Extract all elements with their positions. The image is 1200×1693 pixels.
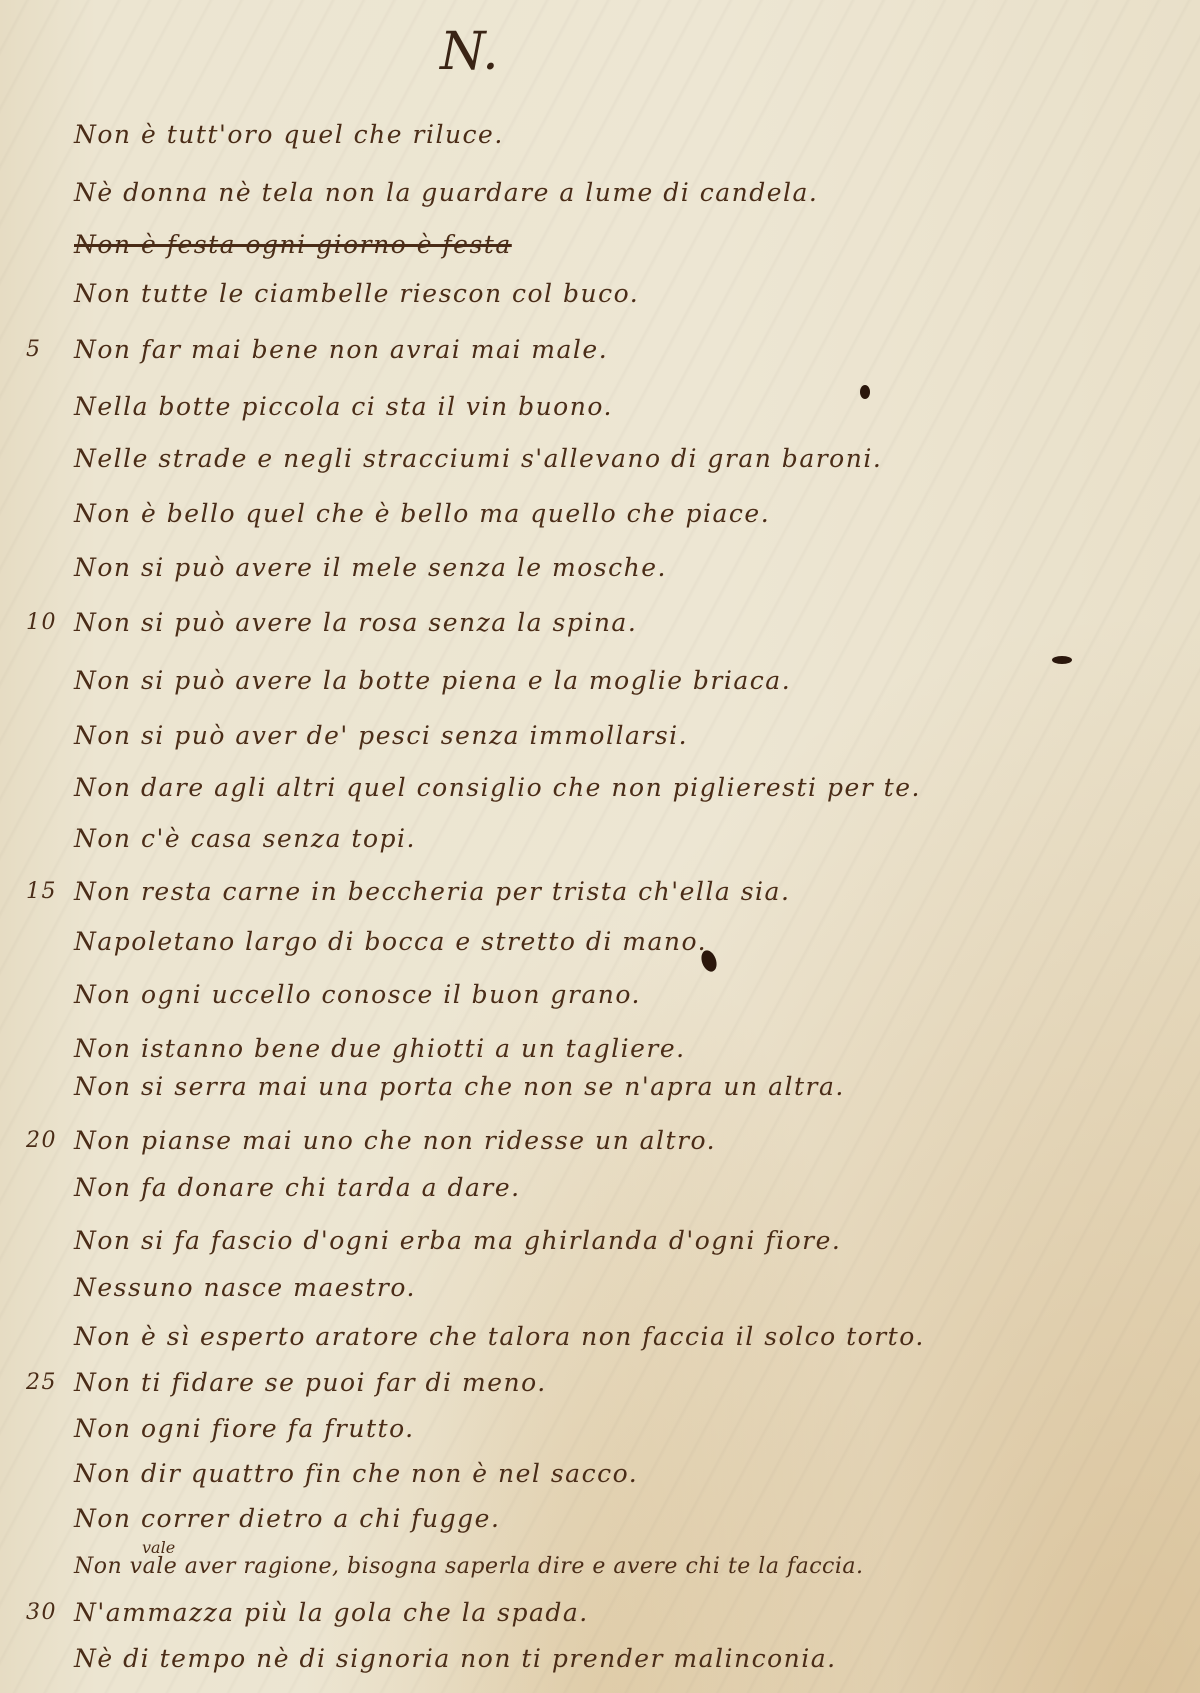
- line-number: 25: [26, 1370, 57, 1395]
- proverb-text: Non si può avere la botte piena e la mog…: [74, 666, 791, 695]
- proverb-line: Non istanno bene due ghiotti a un taglie…: [0, 1032, 1200, 1072]
- proverb-line: 25Non ti fidare se puoi far di meno.: [0, 1366, 1200, 1406]
- proverb-text: Non si fa fascio d'ogni erba ma ghirland…: [74, 1226, 841, 1255]
- proverb-text: Nè donna nè tela non la guardare a lume …: [74, 178, 818, 207]
- proverb-line: Non è tutt'oro quel che riluce.: [0, 118, 1200, 158]
- proverb-text: Non si può aver de' pesci senza immollar…: [74, 721, 688, 750]
- proverb-line: Nè di tempo nè di signoria non ti prende…: [0, 1642, 1200, 1682]
- proverb-line: Non si serra mai una porta che non se n'…: [0, 1070, 1200, 1110]
- proverb-text: Non pianse mai uno che non ridesse un al…: [74, 1126, 716, 1155]
- manuscript-page: N. Non è tutt'oro quel che riluce. Nè do…: [0, 0, 1200, 1693]
- proverb-text: Non ti fidare se puoi far di meno.: [74, 1368, 547, 1397]
- line-number: 15: [26, 879, 57, 904]
- proverb-text: N'ammazza più la gola che la spada.: [74, 1598, 589, 1627]
- proverb-line: Non correr dietro a chi fugge.: [0, 1502, 1200, 1542]
- proverb-line: Non è sì esperto aratore che talora non …: [0, 1320, 1200, 1360]
- proverb-text: Non si serra mai una porta che non se n'…: [74, 1072, 845, 1101]
- page-heading: N.: [440, 22, 499, 82]
- proverb-line: Non c'è casa senza topi.: [0, 822, 1200, 862]
- proverb-text: Non è bello quel che è bello ma quello c…: [74, 499, 770, 528]
- ink-blot: [860, 385, 870, 399]
- proverb-line: 20Non pianse mai uno che non ridesse un …: [0, 1124, 1200, 1164]
- proverb-line: 10Non si può avere la rosa senza la spin…: [0, 606, 1200, 646]
- proverb-line: Non dare agli altri quel consiglio che n…: [0, 771, 1200, 811]
- proverb-line: Non ogni uccello conosce il buon grano.: [0, 978, 1200, 1018]
- proverb-line: Non si può aver de' pesci senza immollar…: [0, 719, 1200, 759]
- proverb-text: Non vale aver ragione, bisogna saperla d…: [74, 1554, 864, 1579]
- proverb-text: Non far mai bene non avrai mai male.: [74, 335, 608, 364]
- proverb-text: Non fa donare chi tarda a dare.: [74, 1173, 521, 1202]
- proverb-line-struck: Non è festa ogni giorno è festa: [0, 228, 1200, 268]
- proverb-line: Nelle strade e negli stracciumi s'alleva…: [0, 442, 1200, 482]
- proverb-line: Nè donna nè tela non la guardare a lume …: [0, 176, 1200, 216]
- proverb-text: Non correr dietro a chi fugge.: [74, 1504, 500, 1533]
- proverb-text: Non istanno bene due ghiotti a un taglie…: [74, 1034, 686, 1063]
- proverb-line: Non è bello quel che è bello ma quello c…: [0, 497, 1200, 537]
- proverb-text: Non è festa ogni giorno è festa: [74, 230, 512, 259]
- proverb-line: Non tutte le ciambelle riescon col buco.: [0, 277, 1200, 317]
- proverb-text: Non resta carne in beccheria per trista …: [74, 877, 790, 906]
- proverb-text: Non è sì esperto aratore che talora non …: [74, 1322, 925, 1351]
- proverb-text: Non ogni uccello conosce il buon grano.: [74, 980, 641, 1009]
- proverb-text: Non ogni fiore fa frutto.: [74, 1414, 415, 1443]
- proverb-line: 5Non far mai bene non avrai mai male.: [0, 333, 1200, 373]
- proverb-text: Non c'è casa senza topi.: [74, 824, 416, 853]
- proverb-text: Nessuno nasce maestro.: [74, 1273, 416, 1302]
- ink-blot: [1052, 656, 1072, 664]
- proverb-line: Non fa donare chi tarda a dare.: [0, 1171, 1200, 1211]
- proverb-text: Non è tutt'oro quel che riluce.: [74, 120, 504, 149]
- proverb-text: Nè di tempo nè di signoria non ti prende…: [74, 1644, 837, 1673]
- proverb-line: Nessuno nasce maestro.: [0, 1271, 1200, 1311]
- line-number: 30: [26, 1600, 57, 1625]
- proverb-line: Non si può avere il mele senza le mosche…: [0, 551, 1200, 591]
- proverb-line: Napoletano largo di bocca e stretto di m…: [0, 925, 1200, 965]
- proverb-text: Non si può avere il mele senza le mosche…: [74, 553, 667, 582]
- line-number: 10: [26, 610, 57, 635]
- proverb-line: Non si può avere la botte piena e la mog…: [0, 664, 1200, 704]
- proverb-text: Non dir quattro fin che non è nel sacco.: [74, 1459, 638, 1488]
- proverb-text: Non si può avere la rosa senza la spina.: [74, 608, 637, 637]
- proverb-text: Napoletano largo di bocca e stretto di m…: [74, 927, 707, 956]
- proverb-line: 15Non resta carne in beccheria per trist…: [0, 875, 1200, 915]
- proverb-text: Non dare agli altri quel consiglio che n…: [74, 773, 921, 802]
- proverb-line: Non ogni fiore fa frutto.: [0, 1412, 1200, 1452]
- proverb-line: 30N'ammazza più la gola che la spada.: [0, 1596, 1200, 1636]
- proverb-line: Nella botte piccola ci sta il vin buono.: [0, 390, 1200, 430]
- proverb-line: Non vale aver ragione, bisogna saperla d…: [0, 1552, 1200, 1592]
- proverb-line: Non si fa fascio d'ogni erba ma ghirland…: [0, 1224, 1200, 1264]
- proverb-text: Nelle strade e negli stracciumi s'alleva…: [74, 444, 882, 473]
- proverb-text: Nella botte piccola ci sta il vin buono.: [74, 392, 613, 421]
- proverb-line: Non dir quattro fin che non è nel sacco.: [0, 1457, 1200, 1497]
- interlinear-insertion: vale: [142, 1538, 175, 1557]
- proverb-text: Non tutte le ciambelle riescon col buco.: [74, 279, 639, 308]
- line-number: 20: [26, 1128, 57, 1153]
- line-number: 5: [26, 337, 42, 362]
